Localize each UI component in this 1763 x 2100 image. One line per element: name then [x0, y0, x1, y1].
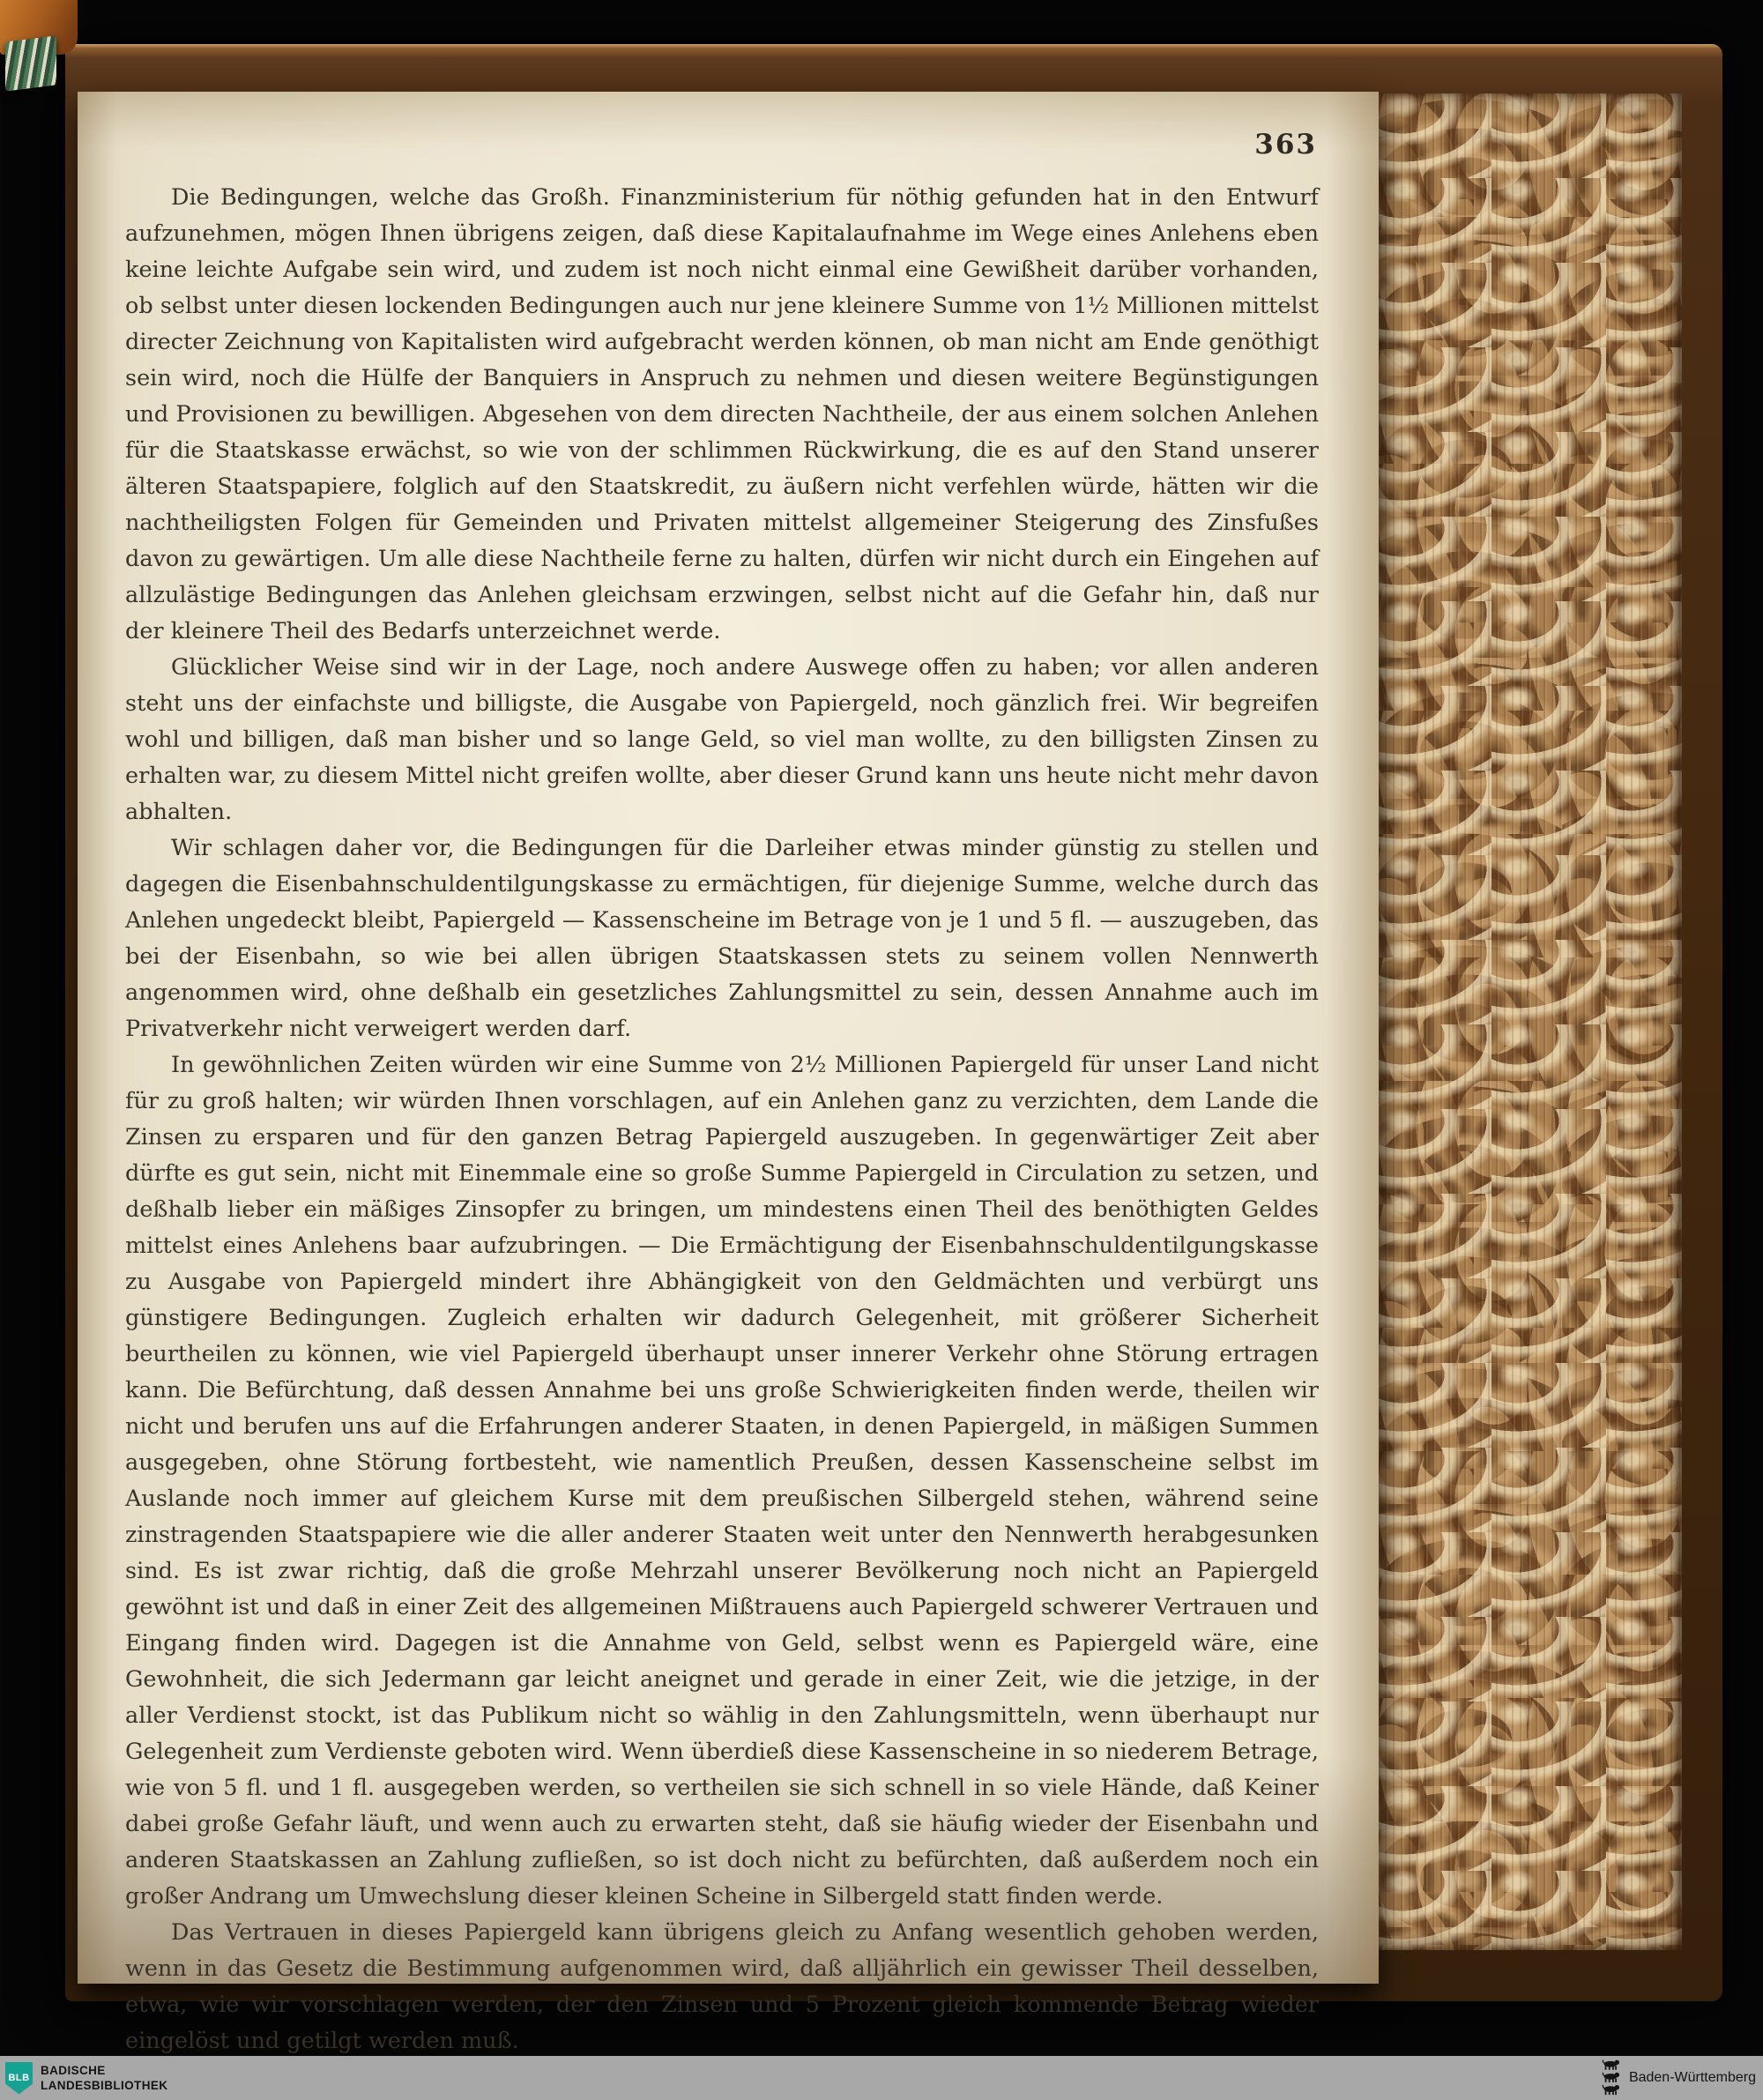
- book-marbled-fore-edge: [1377, 93, 1682, 1950]
- library-name-line2: LANDESBIBLIOTHEK: [41, 2078, 167, 2093]
- page-paragraph: In gewöhnlichen Zeiten würden wir eine S…: [125, 1047, 1319, 1915]
- state-name: Baden-Württemberg: [1629, 2070, 1756, 2086]
- state-branding: Baden-Württemberg: [1601, 2059, 1756, 2096]
- page-paragraph: Die Bedingungen, welche das Großh. Finan…: [125, 180, 1319, 650]
- library-name-line1: BADISCHE: [41, 2063, 167, 2078]
- library-name: BADISCHE LANDESBIBLIOTHEK: [41, 2063, 167, 2093]
- page-paragraph: Das Vertrauen in dieses Papiergeld kann …: [125, 1915, 1319, 2059]
- baden-wuerttemberg-lions-icon: [1601, 2059, 1622, 2096]
- page-text-block: Die Bedingungen, welche das Großh. Finan…: [125, 180, 1319, 2059]
- page-paragraph: Wir schlagen daher vor, die Bedingungen …: [125, 830, 1319, 1047]
- blb-logo-icon: BLB: [5, 2062, 33, 2095]
- library-branding: BLB BADISCHE LANDESBIBLIOTHEK: [5, 2062, 167, 2095]
- book-headband: [5, 35, 56, 91]
- scan-background: 363 Die Bedingungen, welche das Großh. F…: [0, 0, 1763, 2100]
- viewer-footer: BLB BADISCHE LANDESBIBLIOTHEK: [0, 2056, 1763, 2100]
- page-number: 363: [1254, 129, 1317, 160]
- page-paragraph: Glücklicher Weise sind wir in der Lage, …: [125, 650, 1319, 830]
- book-page: 363 Die Bedingungen, welche das Großh. F…: [78, 92, 1379, 1984]
